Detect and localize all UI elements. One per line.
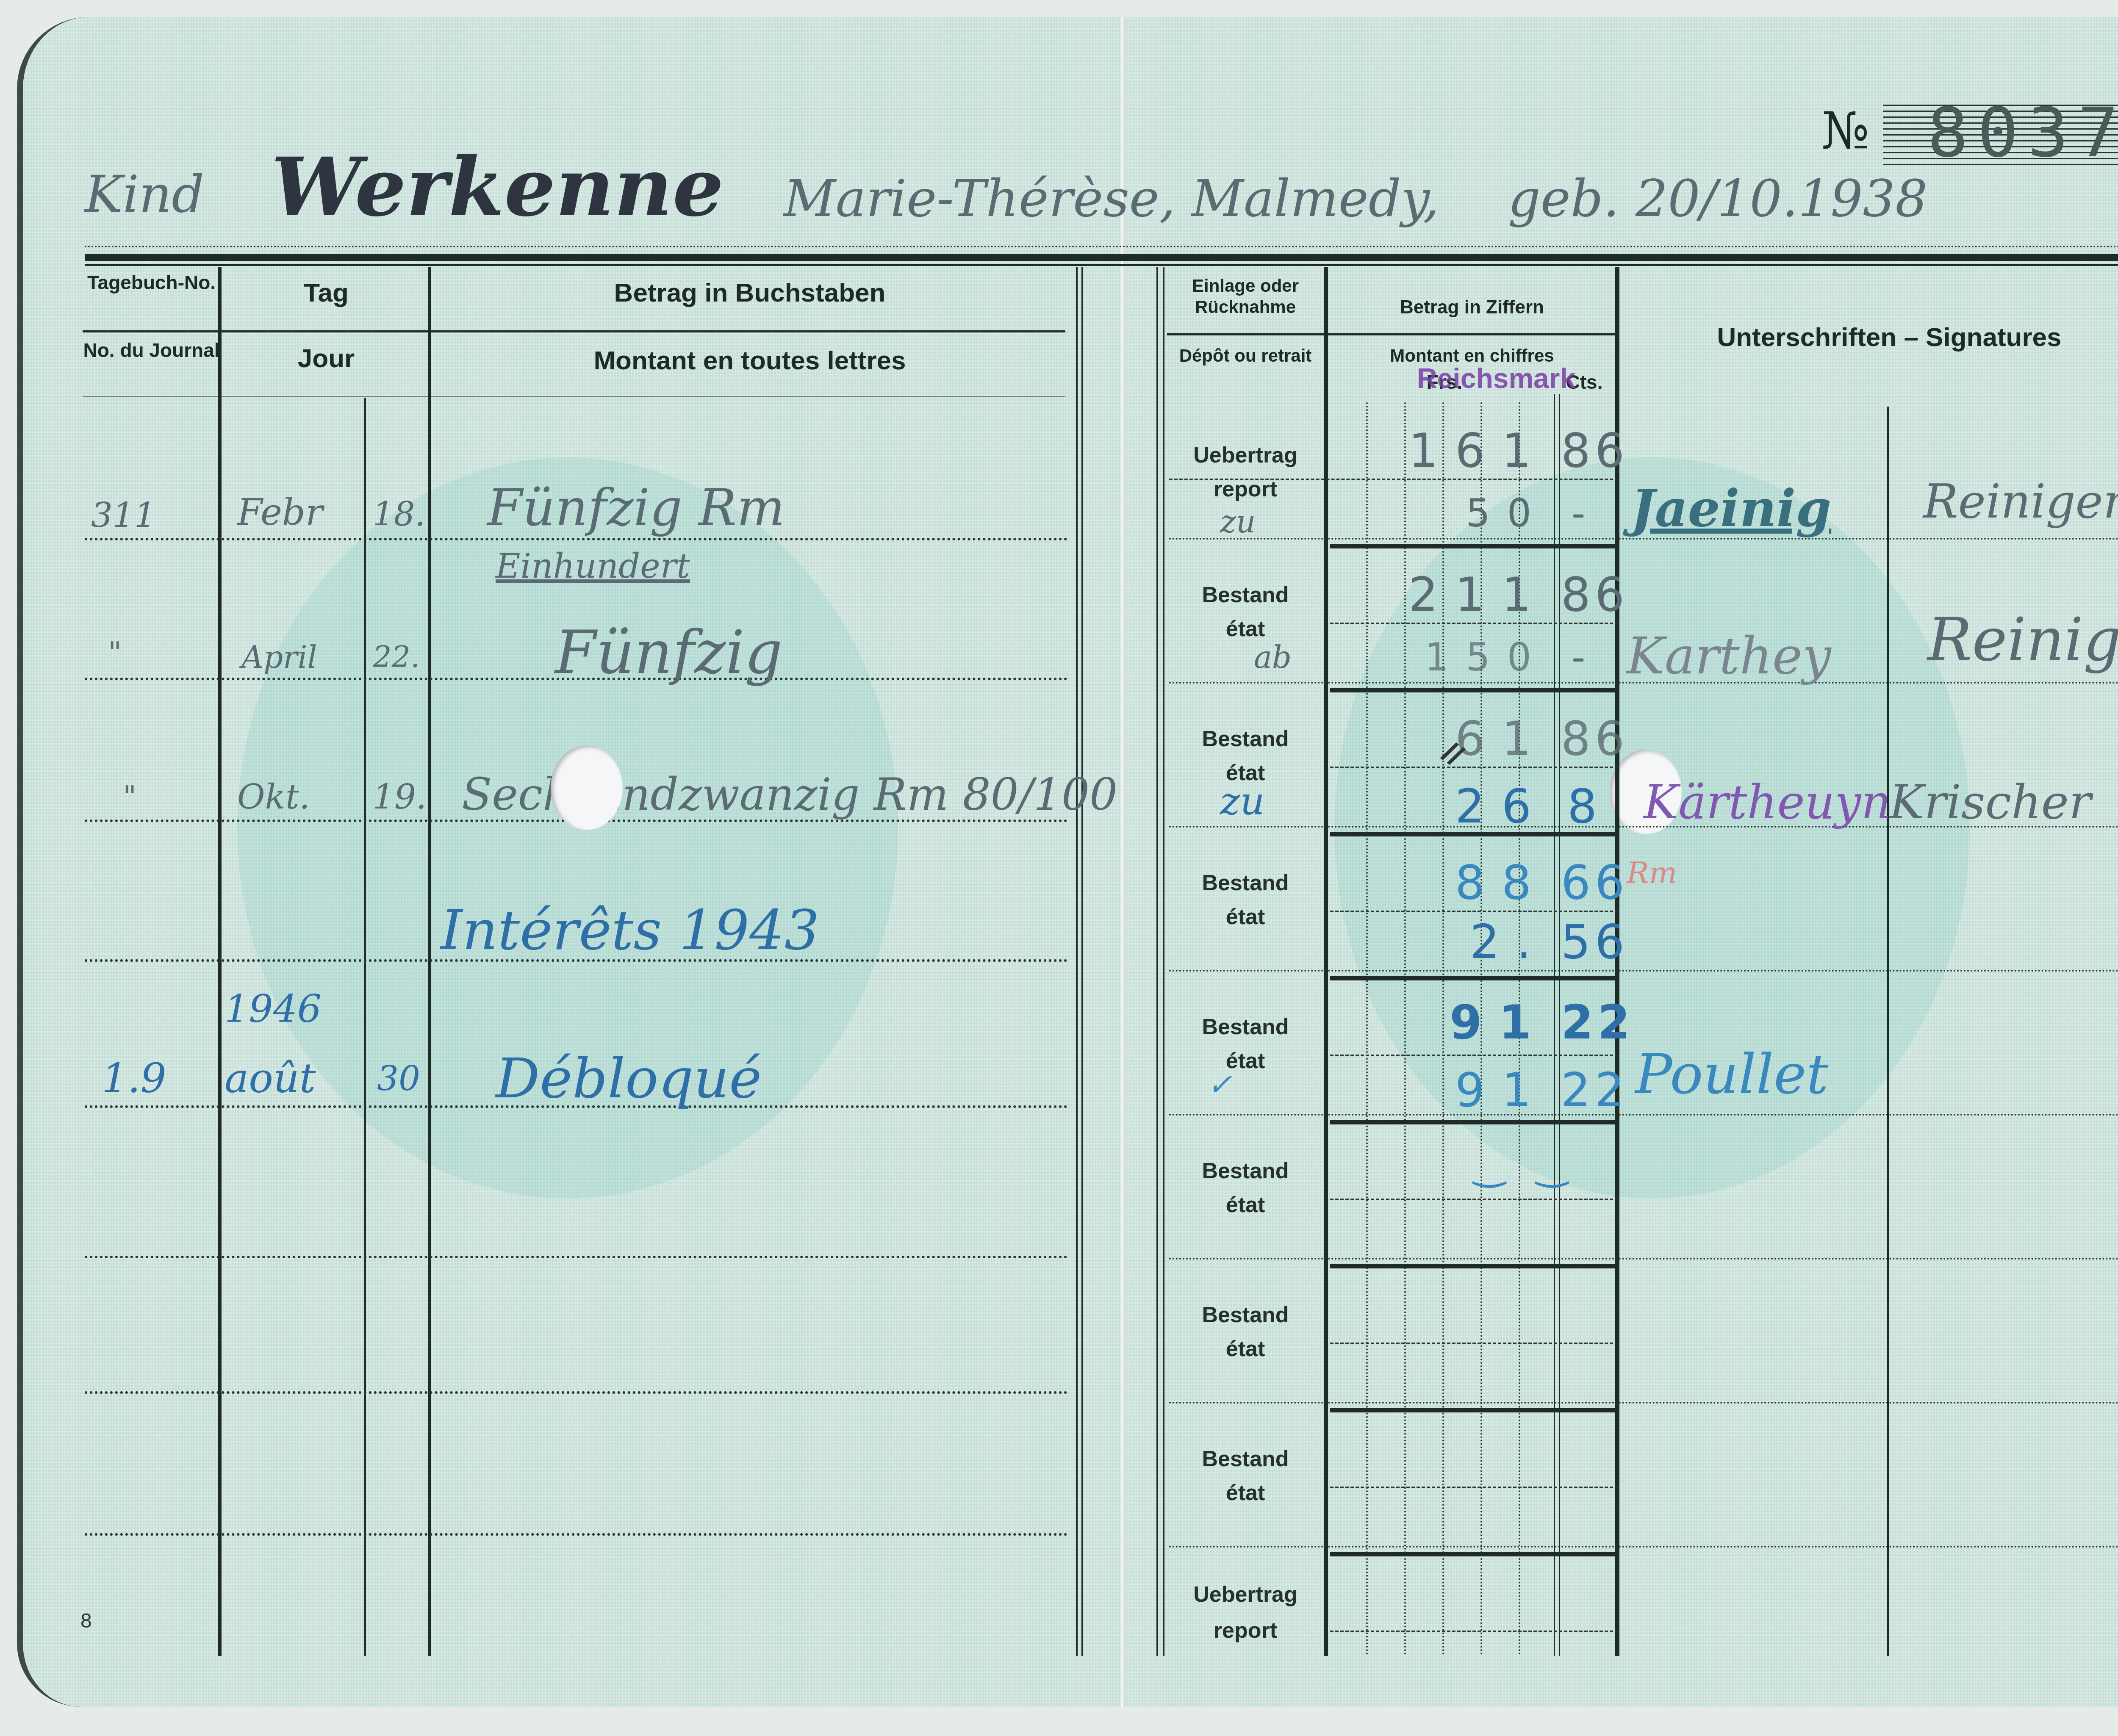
header-mid-rule-right — [1167, 333, 1618, 335]
block-1-label-fr: report — [1167, 470, 1324, 508]
entry-2-amount-words: Fünfzig — [555, 618, 782, 687]
right-double-line-b — [1163, 267, 1164, 1656]
block-5-line1-cts: 22 — [1561, 995, 1634, 1049]
entry-5-journal: 1.9 — [102, 1055, 166, 1102]
entry-5-day: 30 — [377, 1059, 420, 1098]
block-1-line2-rm: 50 — [1466, 491, 1548, 536]
block-1-label-de: Uebertrag — [1167, 436, 1324, 474]
entry-2-journal: " — [108, 635, 122, 670]
block-4-line2-rm: 2. — [1470, 915, 1548, 969]
right-row-line-d1 — [1330, 911, 1618, 912]
block-2-type-note: ab — [1254, 640, 1292, 675]
entry-3-day: 19. — [373, 777, 427, 817]
entry-1-correction: Einhundert — [496, 546, 690, 586]
block-4-line2-cts: 56 — [1561, 915, 1629, 969]
right-row-line-f2 — [1169, 1258, 2118, 1260]
signature-4-initials: Rm — [1627, 856, 1677, 890]
header-top-rule-thin — [85, 264, 2118, 266]
entry-4-amount-words: Intérêts 1943 — [441, 898, 819, 962]
digit-guide-1 — [1366, 402, 1368, 1656]
right-row-line-g1 — [1330, 1343, 1618, 1344]
left-double-line-a — [1076, 267, 1078, 1656]
col-deposit-de: Einlage oder Rücknahme — [1167, 275, 1324, 318]
right-row-line-b1 — [1330, 623, 1618, 624]
signature-subdivider — [1887, 407, 1889, 1656]
left-double-line-b — [1081, 267, 1083, 1656]
col-signatures: Unterschriften – Signatures — [1622, 322, 2118, 353]
block-5-label-de: Bestand — [1167, 1008, 1324, 1046]
col-deposit-fr: Dépôt ou retrait — [1167, 345, 1324, 366]
block-9-label-fr: report — [1167, 1611, 1324, 1650]
reichsmark-stamp: Reichsmark — [1417, 362, 1575, 394]
signature-1a: Jaeinig — [1631, 479, 1831, 538]
entry-5-month: août — [225, 1055, 316, 1102]
block-rule-6 — [1330, 1264, 1618, 1268]
left-col-divider-day — [364, 398, 366, 1656]
col-journal-fr: No. du Journal — [83, 339, 220, 362]
block-5-line2-rm: 91 — [1455, 1063, 1548, 1117]
block-5-type-note: ✓ — [1207, 1067, 1232, 1102]
entry-1-amount-words: Fünfzig Rm — [487, 479, 785, 537]
right-col-divider-1 — [1324, 267, 1328, 1656]
block-7-label-de: Bestand — [1167, 1296, 1324, 1334]
right-row-line-i1 — [1330, 1631, 1618, 1632]
book-number: 8037 — [1927, 93, 2118, 172]
closing-dash-marks: ‿ ‿ — [1474, 1143, 1567, 1188]
block-3-label-de: Bestand — [1167, 720, 1324, 758]
cents-divider-a — [1554, 394, 1555, 1656]
block-3-type-note: zu — [1220, 779, 1264, 824]
block-1-type-note: zu — [1220, 504, 1256, 540]
book-spine — [1120, 17, 1125, 1707]
entry-2-day: 22. — [373, 640, 420, 674]
block-9-label-de: Uebertrag — [1167, 1575, 1324, 1614]
block-8-label-de: Bestand — [1167, 1440, 1324, 1478]
right-row-line-h2 — [1169, 1546, 2118, 1548]
block-2-line1-cts: 86 — [1561, 568, 1629, 622]
block-3-line2-cts: 8 — [1567, 779, 1614, 833]
owner-surname: Werkenne — [271, 140, 724, 234]
left-page-number: 8 — [80, 1609, 92, 1633]
block-2-line2-rm: 150 — [1425, 635, 1548, 680]
entry-5-amount-words: Débloqué — [496, 1046, 762, 1110]
block-5-line2-cts: 22 — [1561, 1063, 1629, 1117]
entry-3-journal: " — [123, 779, 136, 814]
entry-1-day: 18. — [373, 496, 425, 534]
left-row-line-1 — [85, 538, 1067, 540]
col-amount-de: Betrag in Ziffern — [1328, 296, 1616, 319]
block-5-line1-rm: 91 — [1450, 995, 1548, 1049]
entry-1-month: Febr — [237, 491, 323, 534]
right-row-line-f1 — [1330, 1199, 1618, 1200]
punch-hole-left — [551, 745, 623, 830]
right-row-line-c1 — [1330, 767, 1618, 768]
block-2-label-de: Bestand — [1167, 576, 1324, 614]
left-row-line-7 — [85, 1391, 1067, 1394]
col-journal-de: Tagebuch-No. — [83, 271, 220, 294]
header-mid-rule-left — [83, 330, 1065, 332]
entry-5-year-note: 1946 — [225, 987, 322, 1031]
col-day-de: Tag — [222, 277, 430, 309]
title-dotted-line — [85, 246, 2118, 247]
left-row-line-6 — [85, 1256, 1067, 1258]
block-rule-4 — [1330, 976, 1618, 980]
block-1-line1-cts: 86 — [1561, 424, 1629, 478]
block-3-line2-rm: 26 — [1455, 779, 1548, 833]
right-row-line-d2 — [1169, 970, 2118, 972]
right-row-line-e1 — [1330, 1055, 1618, 1056]
block-rule-1 — [1330, 544, 1618, 548]
block-6-label-de: Bestand — [1167, 1152, 1324, 1190]
block-5-label-fr: état — [1167, 1042, 1324, 1080]
signature-1b: Reinigen — [1923, 474, 2118, 529]
signature-5: Poullet — [1635, 1042, 1829, 1106]
entry-1-journal: 311 — [91, 496, 156, 535]
block-1-line1-rm: 161 — [1408, 424, 1548, 478]
right-row-line-g2 — [1169, 1402, 2118, 1404]
right-row-line-h1 — [1330, 1487, 1618, 1488]
block-3-line1-cts: 86 — [1561, 712, 1629, 766]
block-3-line1-rm: 61 — [1455, 712, 1548, 766]
signature-3a: Kärtheuyn — [1644, 775, 1891, 829]
block-2-label-fr: état — [1167, 610, 1324, 648]
block-rule-2 — [1330, 688, 1618, 692]
signature-2a: Karthey — [1627, 627, 1831, 686]
col-day-fr: Jour — [222, 343, 430, 374]
digit-guide-2 — [1404, 402, 1406, 1656]
signature-3b: Krischer — [1889, 775, 2091, 829]
block-2-line2-cts: - — [1572, 635, 1602, 680]
number-symbol: № — [1821, 102, 1870, 161]
entry-2-month: April — [241, 640, 317, 675]
right-double-line-a — [1156, 267, 1158, 1656]
block-rule-8 — [1330, 1552, 1618, 1556]
header-top-rule — [85, 254, 2118, 261]
right-row-line-e2 — [1169, 1114, 2118, 1116]
cents-divider-b — [1559, 394, 1560, 1656]
block-7-label-fr: état — [1167, 1330, 1324, 1368]
owner-given-and-place: Marie-Thérèse, Malmedy, — [784, 169, 1439, 228]
owner-birth: geb. 20/10.1938 — [1508, 169, 1927, 228]
block-8-label-fr: état — [1167, 1474, 1324, 1512]
header-bottom-rule-left — [83, 396, 1065, 397]
block-2-line1-rm: 211 — [1408, 568, 1548, 622]
left-row-line-8 — [85, 1533, 1067, 1536]
block-4-label-de: Bestand — [1167, 864, 1324, 902]
entry-3-month: Okt. — [237, 777, 310, 817]
signature-2b: Reinigen — [1927, 606, 2118, 675]
block-4-line1-cts: 66 — [1561, 856, 1629, 910]
block-rule-7 — [1330, 1408, 1618, 1412]
col-words-fr: Montant en toutes lettres — [432, 345, 1067, 377]
block-1-line2-cts: - — [1572, 491, 1602, 536]
col-words-de: Betrag in Buchstaben — [432, 277, 1067, 309]
block-6-label-fr: état — [1167, 1186, 1324, 1224]
owner-prefix: Kind — [85, 165, 204, 224]
block-4-label-fr: état — [1167, 898, 1324, 936]
block-rule-5 — [1330, 1120, 1618, 1124]
block-4-line1-rm: 88 — [1455, 856, 1548, 910]
